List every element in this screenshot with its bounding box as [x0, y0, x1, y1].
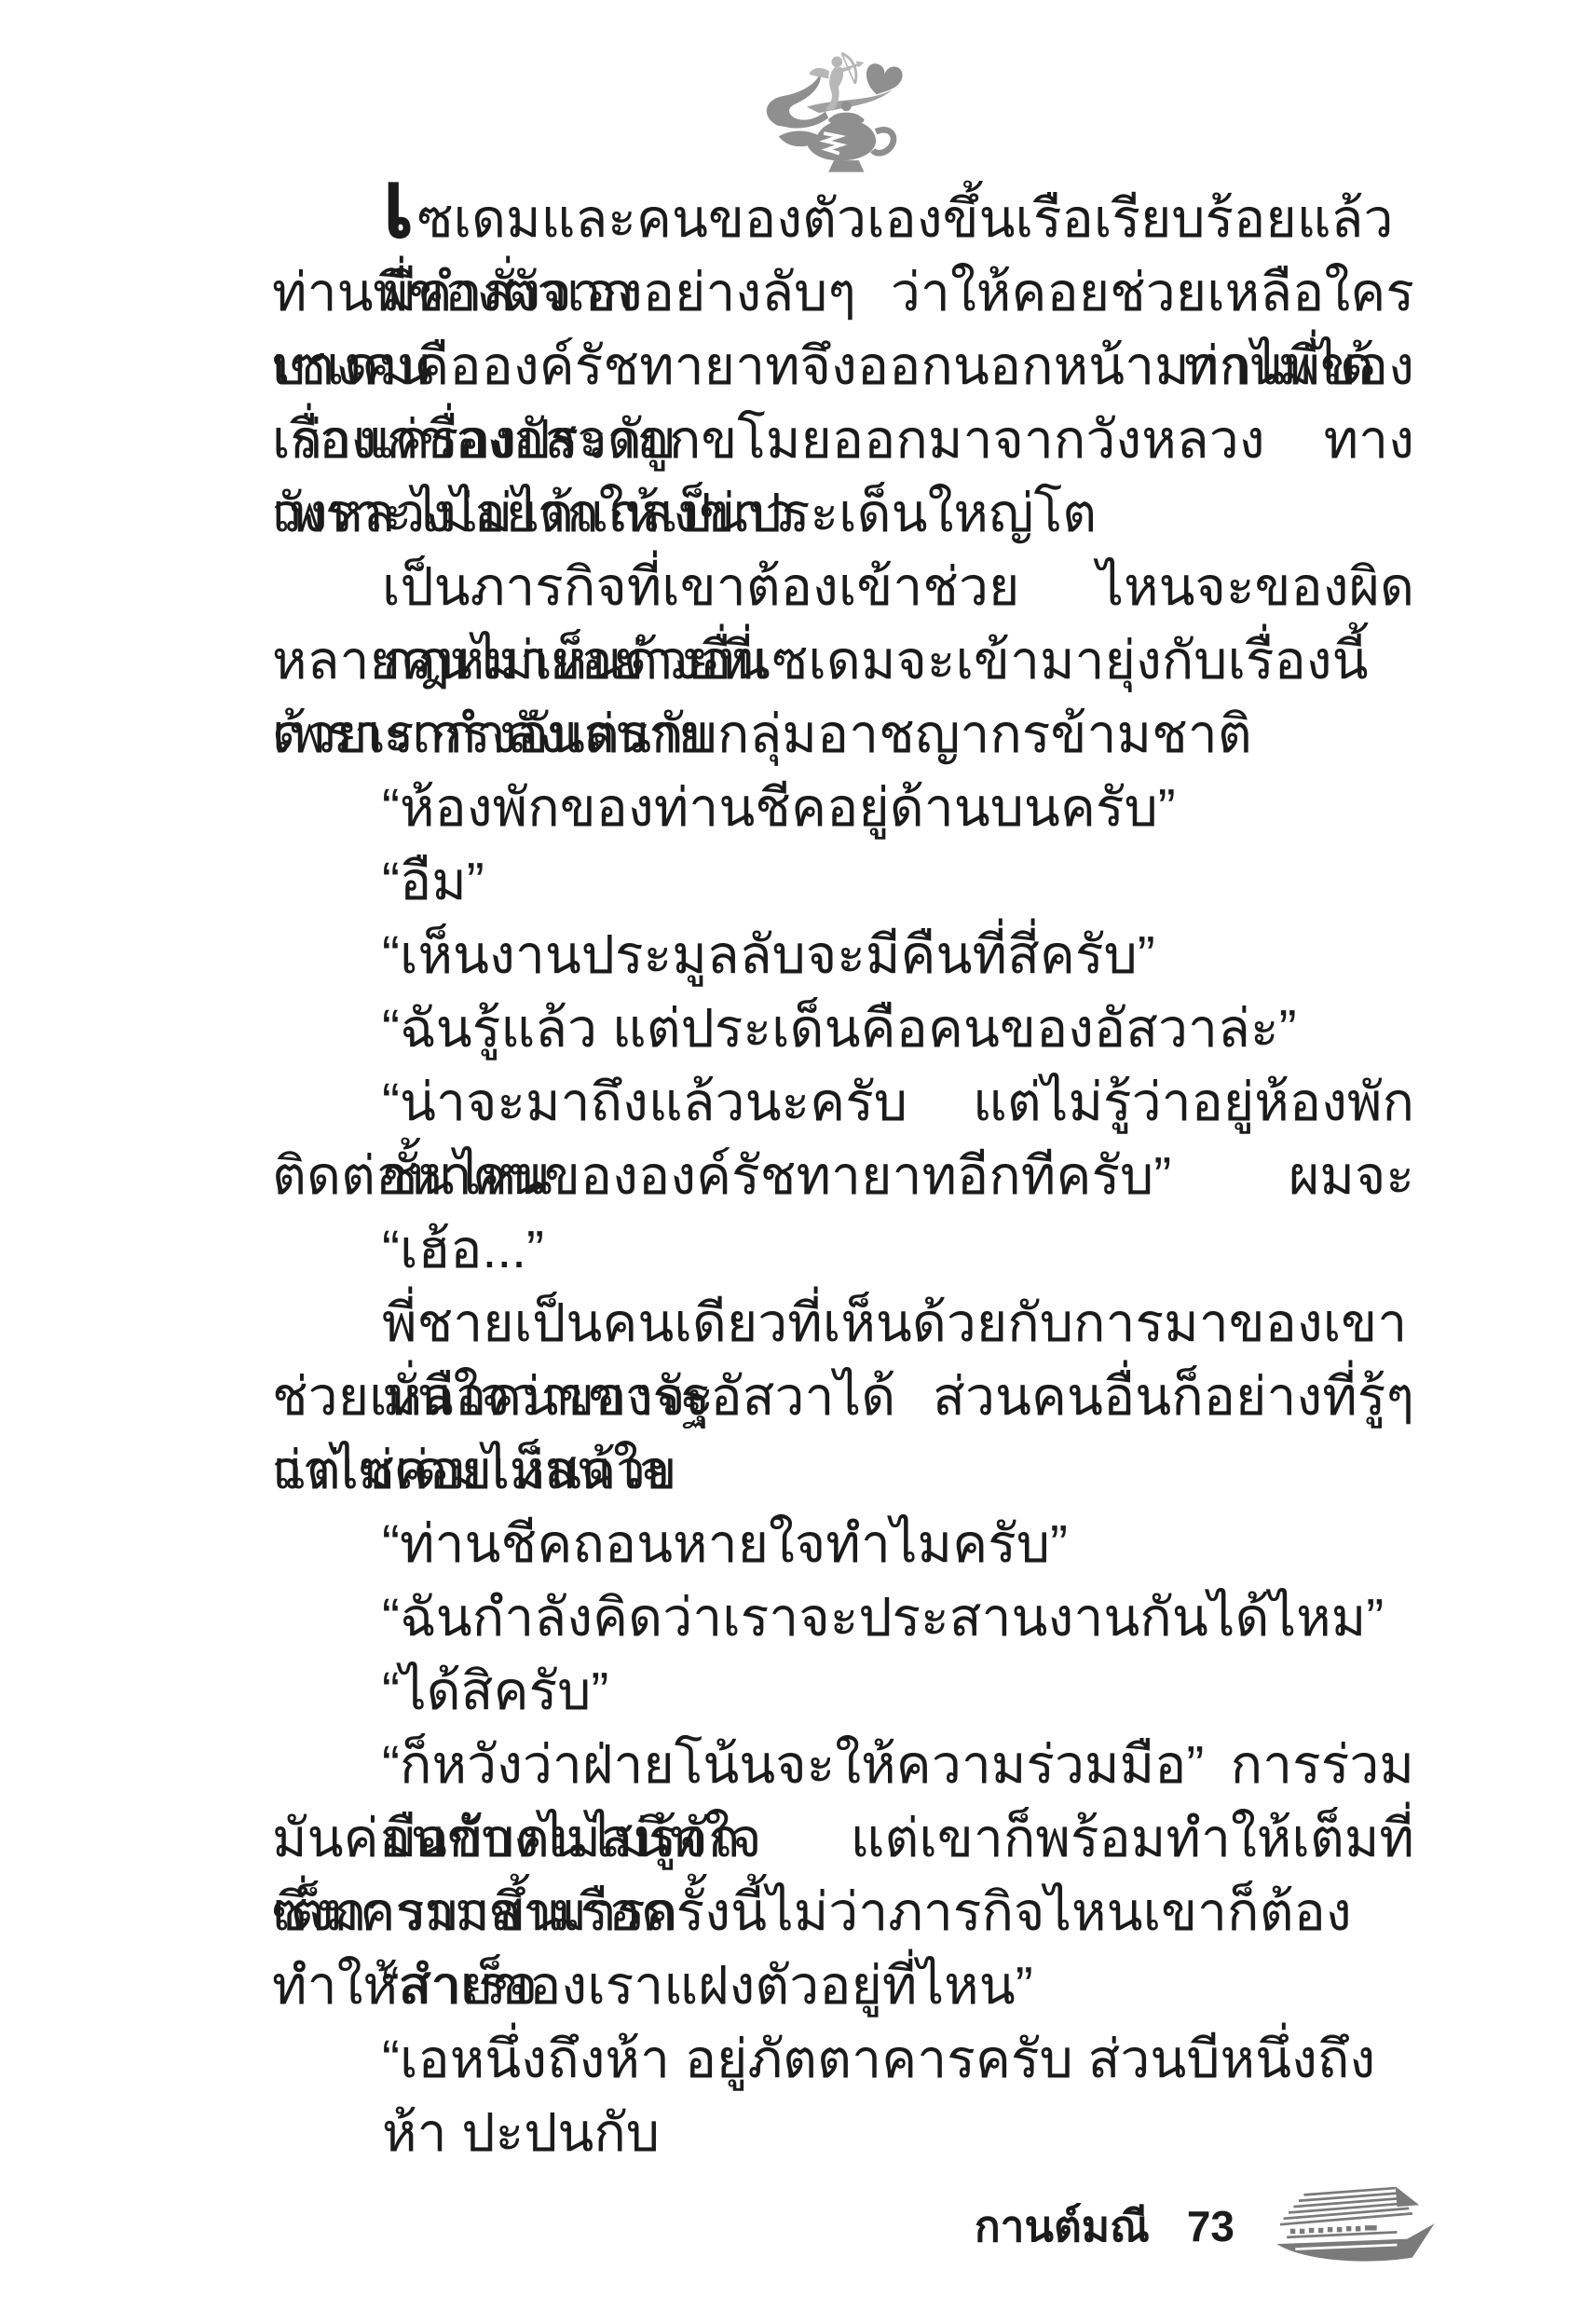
- genie-lamp: [779, 101, 893, 171]
- text-line: “เห็นงานประมูลลับจะมีคืนที่สี่ครับ”: [272, 919, 1414, 992]
- text-line: “ก็หวังว่าฝ่ายโน้นจะให้ความร่วมมือ” การร…: [272, 1729, 1414, 1802]
- text-line: “ห้องพักของท่านชีคอยู่ด้านบนครับ”: [272, 772, 1414, 845]
- drop-cap: เ: [382, 151, 415, 257]
- text-line: เพราะไม่อยากให้เป็นประเด็นใหญ่โต: [272, 477, 1414, 551]
- page-footer: กานต์มณี 73: [975, 2179, 1439, 2274]
- text-line: ท่านพี่ของตัวเองอย่างลับๆ ว่าให้คอยช่วยเ…: [272, 256, 1414, 330]
- cruise-ship-icon: [1270, 2179, 1439, 2274]
- book-title: กานต์มณี: [975, 2193, 1150, 2261]
- text-line: “เฮ้อ...”: [272, 1213, 1414, 1287]
- text-line: เซเดมและคนของตัวเองขึ้นเรือเรียบร้อยแล้ว…: [272, 183, 1414, 256]
- book-page: เซเดมและคนของตัวเองขึ้นเรือเรียบร้อยแล้ว…: [0, 0, 1596, 2311]
- page-number: 73: [1187, 2201, 1235, 2251]
- text-line: มันค่อนข้างไม่สนิทใจ แต่เขาก็พร้อมทำให้เ…: [272, 1802, 1414, 1876]
- text-line: เซเดมคือองค์รัชทายาทจึงออกนอกหน้ามากไม่ไ…: [272, 330, 1414, 403]
- text-line: แต่เซเดมไม่สนใจ: [272, 1434, 1414, 1508]
- text-line: “ฉันกำลังคิดว่าเราจะประสานงานกันได้ไหม”: [272, 1581, 1414, 1655]
- text-line: “ฉันรู้แล้ว แต่ประเด็นคือคนของอัสวาล่ะ”: [272, 992, 1414, 1066]
- text-line: พี่ชายเป็นคนเดียวที่เห็นด้วยกับการมาของเ…: [272, 1287, 1414, 1361]
- text-line: ช่วยเหลือคนของรัฐอัสวาได้ ส่วนคนอื่นก็อย…: [272, 1361, 1414, 1434]
- text-line: เป็นภารกิจที่เขาต้องเข้าช่วย ไหนจะของผิด…: [272, 551, 1414, 624]
- text-line: “ท่านชีคถอนหายใจทำไมครับ”: [272, 1508, 1414, 1581]
- text-line: หลายคนไม่เห็นด้วยที่เซเดมจะเข้ามายุ่งกับ…: [272, 624, 1414, 698]
- text-line: “อืม”: [272, 845, 1414, 919]
- text-line: “ได้สิครับ”: [272, 1655, 1414, 1729]
- text-line: “เอหนึ่งถึงห้า อยู่ภัตตาคารครับ ส่วนบีหน…: [272, 2023, 1414, 2097]
- body-text: เซเดมและคนของตัวเองขึ้นเรือเรียบร้อยแล้ว…: [272, 183, 1414, 2097]
- text-line: ด้วยเรากำลังเล่นกับกลุ่มอาชญากรข้ามชาติ: [272, 698, 1414, 772]
- genie-lamp-cupid-ornament: [745, 45, 927, 185]
- text-line: “สายของเราแฝงตัวอยู่ที่ไหน”: [272, 1949, 1414, 2023]
- text-line: เก่าแก่ของอัสวาถูกขโมยออกมาจากวังหลวง ทา…: [272, 403, 1414, 477]
- text-line: ซึ่งการมาขึ้นเรือครั้งนี้ไม่ว่าภารกิจไหน…: [272, 1876, 1414, 1949]
- text-line: “น่าจะมาถึงแล้วนะครับ แต่ไม่รู้ว่าอยู่ห้…: [272, 1066, 1414, 1140]
- footer-title-group: กานต์มณี 73: [975, 2193, 1235, 2261]
